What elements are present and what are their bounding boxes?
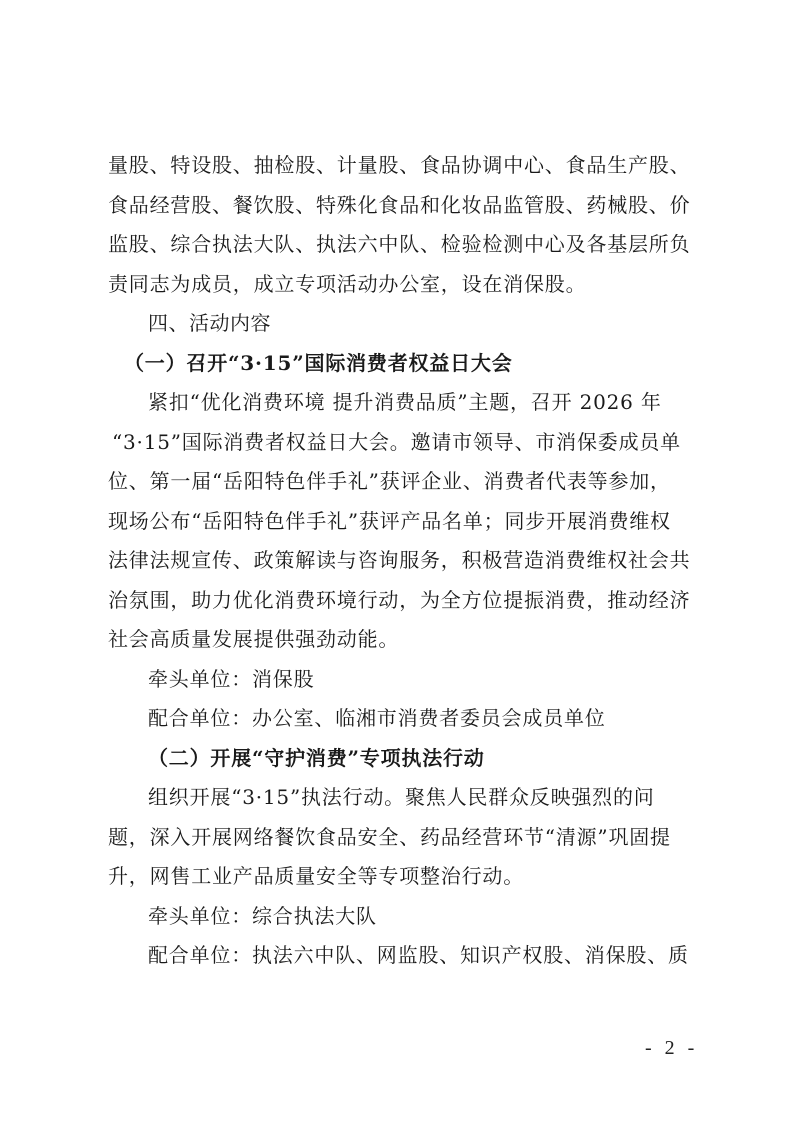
page-number: - 2 - bbox=[645, 1037, 698, 1060]
paragraph-line: 治氛围，助力优化消费环境行动，为全方位提振消费，推动经济 bbox=[108, 587, 698, 613]
cooperating-units: 配合单位：办公室、临湘市消费者委员会成员单位 bbox=[148, 705, 738, 731]
cooperating-units: 配合单位：执法六中队、网监股、知识产权股、消保股、质 bbox=[148, 942, 738, 968]
paragraph-line: 现场公布“岳阳特色伴手礼”获评产品名单；同步开展消费维权 bbox=[108, 508, 698, 534]
subsection-title-2: （二）开展“守护消费”专项执法行动 bbox=[148, 745, 738, 771]
lead-unit: 牵头单位：消保股 bbox=[148, 666, 738, 692]
paragraph-line: 法律法规宣传、政策解读与咨询服务，积极营造消费维权社会共 bbox=[108, 547, 698, 573]
paragraph-line: 监股、综合执法大队、执法六中队、检验检测中心及各基层所负 bbox=[108, 231, 698, 257]
paragraph-line: 社会高质量发展提供强劲动能。 bbox=[108, 626, 698, 652]
paragraph-line: 升，网售工业产品质量安全等专项整治行动。 bbox=[108, 863, 698, 889]
document-page: 量股、特设股、抽检股、计量股、食品协调中心、食品生产股、 食品经营股、餐饮股、特… bbox=[0, 0, 793, 1122]
paragraph-line: 责同志为成员，成立专项活动办公室，设在消保股。 bbox=[108, 271, 698, 297]
paragraph-line: 食品经营股、餐饮股、特殊化食品和化妆品监管股、药械股、价 bbox=[108, 192, 698, 218]
paragraph-line: “3·15”国际消费者权益日大会。邀请市领导、市消保委成员单 bbox=[112, 429, 702, 455]
lead-unit: 牵头单位：综合执法大队 bbox=[148, 903, 738, 929]
paragraph-line: 题，深入开展网络餐饮食品安全、药品经营环节“清源”巩固提 bbox=[108, 824, 698, 850]
section-heading: 四、活动内容 bbox=[148, 310, 738, 336]
paragraph-line: 紧扣“优化消费环境 提升消费品质”主题，召开 2026 年 bbox=[148, 389, 738, 415]
paragraph-line: 组织开展“3·15”执法行动。聚焦人民群众反映强烈的问 bbox=[148, 784, 738, 810]
subsection-title-1: （一）召开“3·15”国际消费者权益日大会 bbox=[124, 350, 714, 376]
paragraph-line: 量股、特设股、抽检股、计量股、食品协调中心、食品生产股、 bbox=[108, 152, 698, 178]
paragraph-line: 位、第一届“岳阳特色伴手礼”获评企业、消费者代表等参加， bbox=[108, 468, 698, 494]
